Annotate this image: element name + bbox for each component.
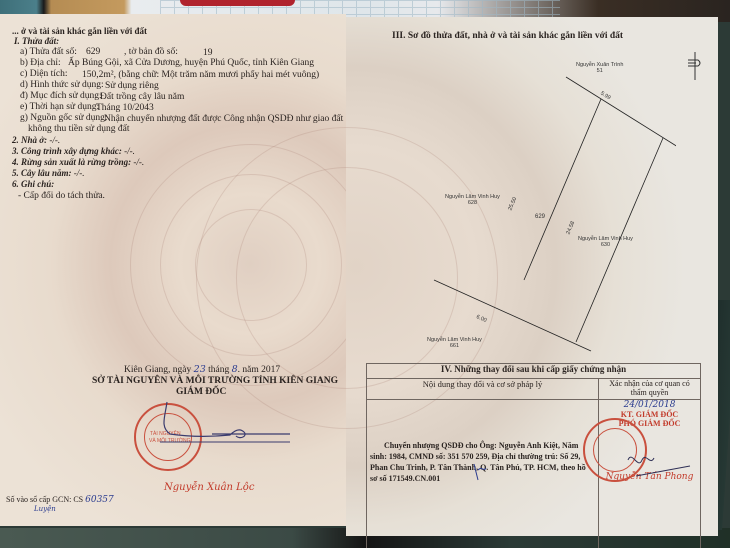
- address-label: b) Địa chỉ:: [20, 58, 61, 69]
- section3-other-construction: 3. Công trình xây dựng khác: -/-.: [12, 146, 135, 157]
- area-label: c) Diện tích:: [20, 69, 67, 80]
- origin-label: g) Nguồn gốc sử dụng:: [20, 113, 107, 124]
- parcel-label: a) Thửa đất số:: [20, 47, 77, 58]
- neighbor-top: Nguyễn Xuân Trình51: [576, 62, 623, 74]
- origin-value-line2: không thu tiền sử dụng đất: [28, 124, 129, 135]
- section2-house: 2. Nhà ở: -/-.: [12, 135, 60, 146]
- neighbor-left: Nguyễn Lâm Vinh Huy628: [445, 194, 500, 206]
- director-name: Nguyễn Xuân Lộc: [164, 482, 254, 493]
- neighbor-right: Nguyễn Lâm Vinh Huy630: [578, 236, 633, 248]
- parcel-diagram: [416, 57, 676, 357]
- neighbor-bottom: Nguyễn Lâm Vinh Huy661: [427, 337, 482, 349]
- address-value: Ấp Búng Gội, xã Cửa Dương, huyện Phú Quố…: [68, 58, 314, 69]
- parcel-number-label: 629: [535, 214, 545, 220]
- section6-notes-value: - Cấp đổi do tách thửa.: [18, 191, 105, 202]
- changes-table-title: IV. Những thay đổi sau khi cấp giấy chứn…: [367, 364, 701, 379]
- section3-title: III. Sơ đồ thửa đất, nhà ở và tài sản kh…: [392, 31, 623, 42]
- section1-title: I. Thửa đất:: [14, 36, 59, 47]
- usage-form-value: Sử dụng riêng: [105, 81, 159, 92]
- area-value: 150,2m², (bằng chữ: Một trăm năm mươi ph…: [82, 70, 319, 81]
- usage-purpose-value: Đất trồng cây lâu năm: [100, 92, 184, 103]
- origin-value-line1: Nhận chuyển nhượng đất được Công nhận QS…: [104, 114, 343, 125]
- section6-notes-title: 6. Ghi chú:: [12, 179, 54, 190]
- map-sheet-label: , tờ bản đồ số:: [124, 47, 178, 58]
- usage-term-label: e) Thời hạn sử dụng:: [20, 102, 99, 113]
- section5-perennial: 5. Cây lâu năm: -/-.: [12, 168, 85, 179]
- north-arrow-icon: [684, 51, 706, 81]
- parcel-number: 629: [86, 47, 100, 58]
- col-changes-header: Nội dung thay đổi và cơ sở pháp lý: [367, 379, 599, 400]
- initial-mark: [470, 462, 490, 482]
- section4-forest: 4. Rừng sản xuất là rừng trồng: -/-.: [12, 157, 144, 168]
- usage-form-label: d) Hình thức sử dụng:: [20, 80, 104, 91]
- registry-number: Số vào sổ cấp GCN: CS 60357: [6, 494, 114, 506]
- usage-purpose-label: đ) Mục đích sử dụng:: [20, 91, 102, 102]
- confirm-date: 24/01/2018: [602, 400, 697, 410]
- registry-initials: Luyện: [34, 504, 56, 515]
- col-confirm-header: Xác nhận của cơ quan có thẩm quyền: [599, 379, 701, 400]
- signature-deputy: [620, 440, 700, 480]
